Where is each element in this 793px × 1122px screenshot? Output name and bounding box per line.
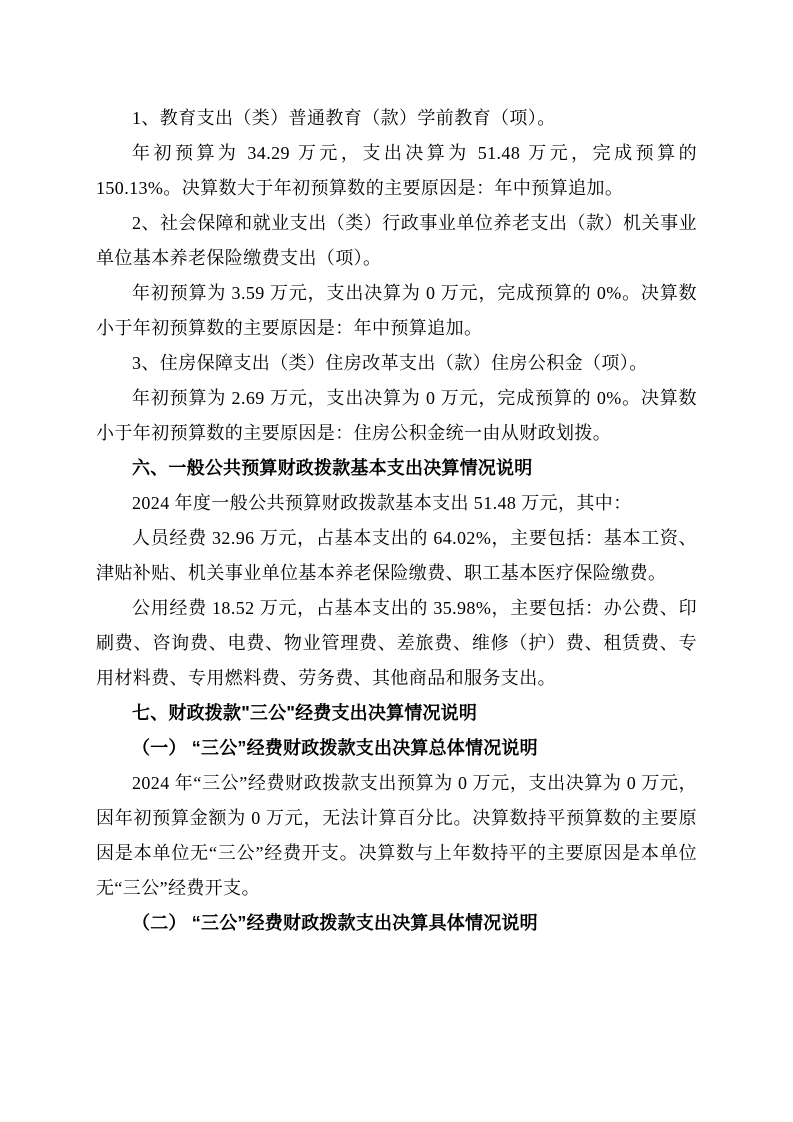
section-7-sub-2-heading: （二） “三公”经费财政拨款支出决算具体情况说明 [96,906,697,941]
document-page: 1、教育支出（类）普通教育（款）学前教育（项）。 年初预算为 34.29 万元，… [0,0,793,1122]
public-funds-paragraph: 公用经费 18.52 万元，占基本支出的 35.98%，主要包括：办公费、印刷费… [96,591,697,696]
expenditure-item-1-detail: 年初预算为 34.29 万元，支出决算为 51.48 万元，完成预算的 150.… [96,136,697,206]
section-7-sub-1-detail: 2024 年“三公”经费财政拨款支出预算为 0 万元，支出决算为 0 万元，因年… [96,766,697,906]
expenditure-item-3-detail: 年初预算为 2.69 万元，支出决算为 0 万元，完成预算的 0%。决算数小于年… [96,381,697,451]
expenditure-item-3-title: 3、住房保障支出（类）住房改革支出（款）住房公积金（项）。 [96,346,697,381]
section-7-sub-1-heading: （一） “三公”经费财政拨款支出决算总体情况说明 [96,731,697,766]
document-content: 1、教育支出（类）普通教育（款）学前教育（项）。 年初预算为 34.29 万元，… [96,101,697,941]
expenditure-item-2-detail: 年初预算为 3.59 万元，支出决算为 0 万元，完成预算的 0%。决算数小于年… [96,276,697,346]
expenditure-item-1-title: 1、教育支出（类）普通教育（款）学前教育（项）。 [96,101,697,136]
personnel-funds-paragraph: 人员经费 32.96 万元，占基本支出的 64.02%，主要包括：基本工资、津贴… [96,521,697,591]
section-6-heading: 六、一般公共预算财政拨款基本支出决算情况说明 [96,451,697,486]
section-7-heading: 七、财政拨款"三公"经费支出决算情况说明 [96,696,697,731]
section-6-intro: 2024 年度一般公共预算财政拨款基本支出 51.48 万元，其中： [96,486,697,521]
expenditure-item-2-title: 2、社会保障和就业支出（类）行政事业单位养老支出（款）机关事业单位基本养老保险缴… [96,206,697,276]
